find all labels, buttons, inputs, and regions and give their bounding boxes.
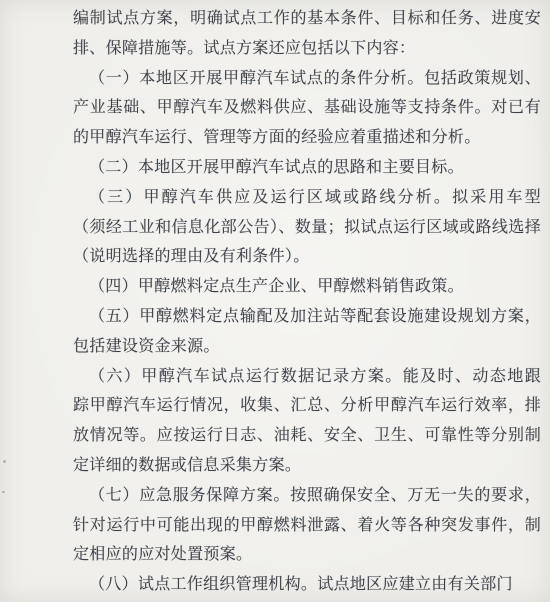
text-line: 放情况等。应按运行日志、油耗、安全、卫生、可靠性等分别制 xyxy=(73,420,541,450)
text-line: （六）甲醇汽车试点运行数据记录方案。能及时、动态地跟 xyxy=(73,361,541,391)
text-line: 的甲醇汽车运行、管理等方面的经验应着重描述和分析。 xyxy=(73,122,541,152)
text-line: 踪甲醇汽车运行情况，收集、汇总、分析甲醇汽车运行效率，排 xyxy=(73,390,541,420)
text-line: （须经工业和信息化部公告）、数量；拟试点运行区域或路线选择 xyxy=(73,212,541,242)
scan-speck xyxy=(3,460,6,463)
text-line: （四）甲醇燃料定点生产企业、甲醇燃料销售政策。 xyxy=(73,271,541,301)
text-line: 包括建设资金来源。 xyxy=(73,331,541,361)
text-line: （一）本地区开展甲醇汽车试点的条件分析。包括政策规划、 xyxy=(73,63,541,93)
text-line: （二）本地区开展甲醇汽车试点的思路和主要目标。 xyxy=(73,152,541,182)
document-body: 编制试点方案，明确试点工作的基本条件、目标和任务、进度安 排、保障措施等。试点方… xyxy=(73,3,541,599)
text-line: 定详细的数据或信息采集方案。 xyxy=(73,450,541,480)
text-line: 针对运行中可能出现的甲醇燃料泄露、着火等各种突发事件，制 xyxy=(73,510,541,540)
text-line: （三）甲醇汽车供应及运行区域或路线分析。拟采用车型 xyxy=(73,182,541,212)
text-line: （七）应急服务保障方案。按照确保安全、万无一失的要求， xyxy=(73,480,541,510)
text-line: （八）试点工作组织管理机构。试点地区应建立由有关部门 xyxy=(73,569,541,599)
scanned-document-page: 编制试点方案，明确试点工作的基本条件、目标和任务、进度安 排、保障措施等。试点方… xyxy=(0,0,550,602)
text-line: （五）甲醇燃料定点输配及加注站等配套设施建设规划方案， xyxy=(73,301,541,331)
text-line: 产业基础、甲醇汽车及燃料供应、基础设施等支持条件。对已有 xyxy=(73,92,541,122)
text-line: （说明选择的理由及有利条件）。 xyxy=(73,241,541,271)
text-line: 定相应的应对处置预案。 xyxy=(73,539,541,569)
text-line: 排、保障措施等。试点方案还应包括以下内容： xyxy=(73,33,541,63)
text-line: 编制试点方案，明确试点工作的基本条件、目标和任务、进度安 xyxy=(73,3,541,33)
scan-speck xyxy=(2,491,5,493)
